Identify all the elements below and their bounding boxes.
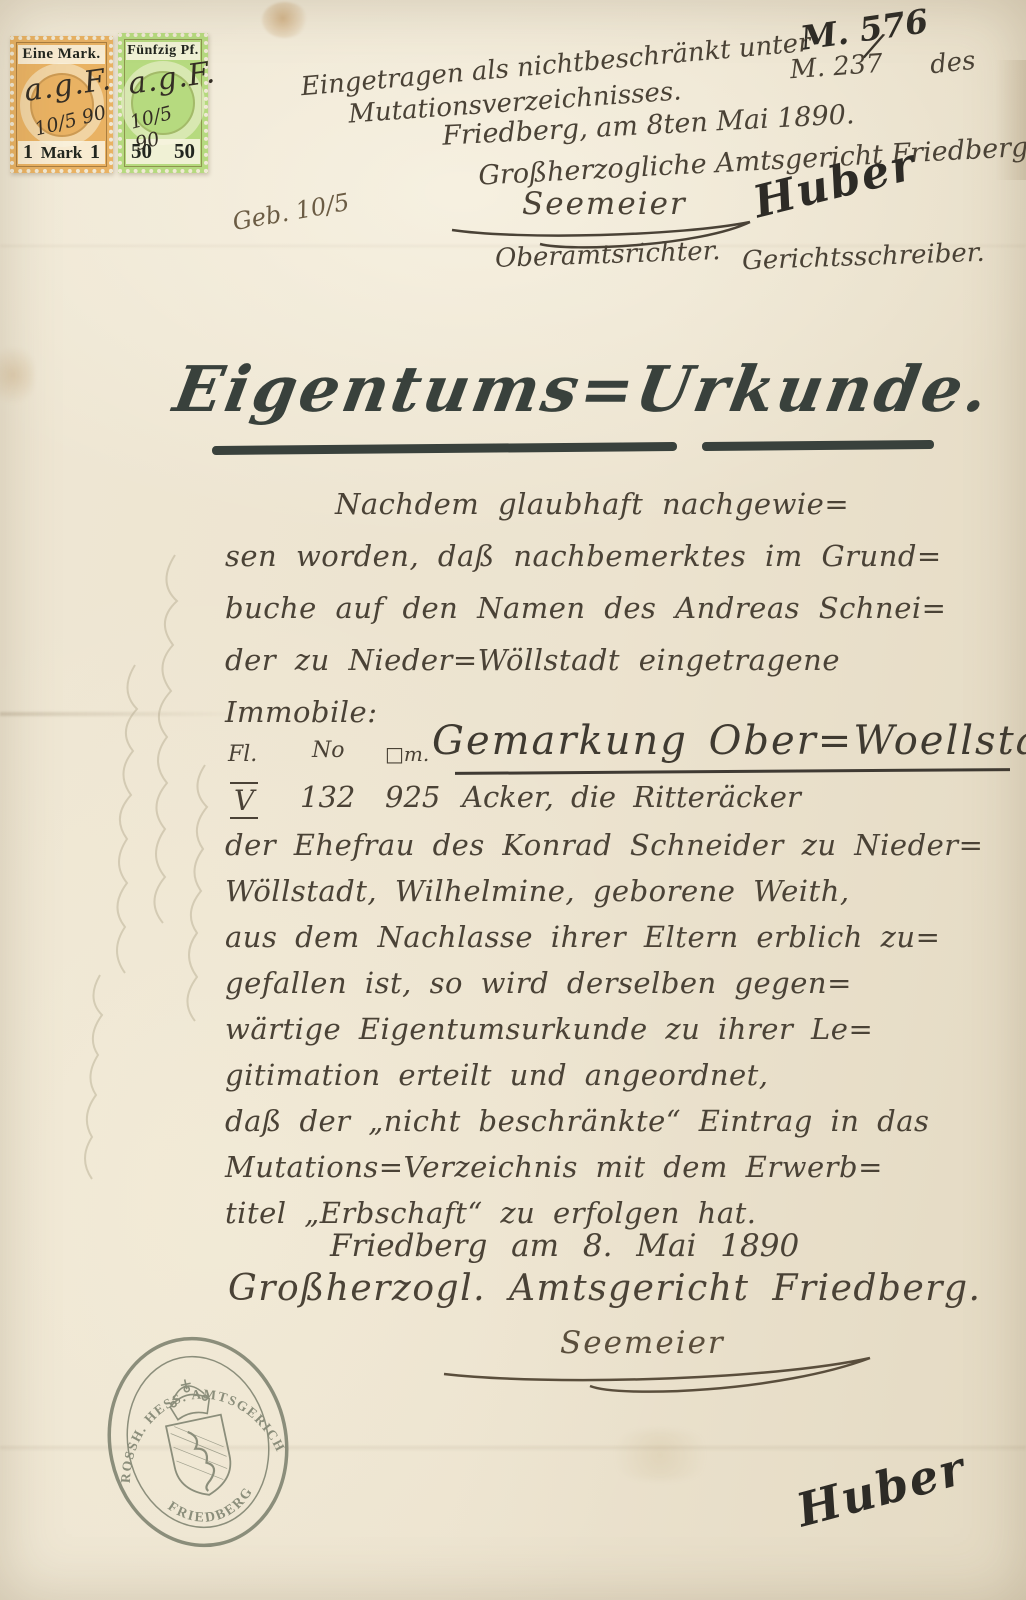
paper-stain: [600, 1430, 720, 1480]
fee-note: Geb. 10/5: [230, 188, 351, 236]
faint-pencil-marginalia: [55, 545, 235, 1265]
seal-shield: [166, 1415, 237, 1501]
table-row-flur: V: [230, 782, 258, 819]
registry-suffix: des: [929, 46, 977, 81]
stamp-value-label: Mark: [41, 143, 83, 163]
table-row-description: Acker, die Ritteräcker: [462, 780, 801, 814]
body-opening: Nachdem glaubhaft nachgewie= sen worden,…: [225, 478, 946, 738]
document-page: Eine Mark. 1 Mark 1 a.g.F. 10/5 90 Fünfz…: [0, 0, 1026, 1600]
revenue-stamp-fifty-pf: Fünfzig Pf. 50 50 a.g.F. 10/5 90: [118, 33, 208, 173]
table-row-nummer: 132: [300, 780, 355, 814]
court-seal: GROSSH. HESS. AMTSGERICHT FRIEDBERG: [79, 1312, 317, 1572]
body-text-line: buche auf den Namen des Andreas Schnei=: [225, 582, 946, 634]
title-underline: [212, 442, 677, 455]
stamp-value-left: 1: [23, 141, 33, 164]
title-underline: [702, 440, 934, 451]
closing-signature-flourish: [440, 1352, 880, 1402]
body-continuation: der Ehefrau des Konrad Schneider zu Nied…: [225, 822, 983, 1236]
paper-stain: [0, 340, 34, 410]
clerk-title: Gerichtsschreiber.: [742, 238, 986, 276]
footer-clerk-signature: Huber: [791, 1441, 972, 1538]
stamp-value-right: 1: [90, 141, 100, 164]
body-text-line: gitimation erteilt und angeordnet,: [225, 1052, 983, 1098]
body-text-line: Nachdem glaubhaft nachgewie=: [225, 478, 946, 530]
table-col-nummer: No: [312, 738, 345, 763]
body-text-line: wärtige Eigentumsurkunde zu ihrer Le=: [225, 1006, 983, 1052]
stamp-value-band: 1 Mark 1: [18, 141, 105, 164]
body-text-line: aus dem Nachlasse ihrer Eltern erblich z…: [225, 914, 983, 960]
district-heading-underline: [455, 768, 1010, 775]
body-text-line: Mutations=Verzeichnis mit dem Erwerb=: [225, 1144, 983, 1190]
body-text-line: der zu Nieder=Wöllstadt eingetragene: [225, 634, 946, 686]
page-title: Eigentums=Urkunde.: [168, 352, 941, 426]
body-text-line: der Ehefrau des Konrad Schneider zu Nied…: [225, 822, 983, 868]
table-district-heading: Gemarkung Ober=Woellstadt: [432, 718, 1026, 764]
closing-court: Großherzogl. Amtsgericht Friedberg.: [228, 1268, 981, 1309]
table-col-qm: □m.: [385, 742, 429, 766]
table-row-qm: 925: [385, 780, 440, 814]
revenue-stamp-one-mark: Eine Mark. 1 Mark 1 a.g.F. 10/5 90: [10, 36, 113, 173]
body-text-line: gefallen ist, so wird derselben gegen=: [225, 960, 983, 1006]
judge-title: Oberamtsrichter.: [495, 236, 721, 274]
stamp-denomination: Fünfzig Pf.: [126, 42, 200, 60]
body-text-line: sen worden, daß nachbemerktes im Grund=: [225, 530, 946, 582]
stamp-denomination: Eine Mark.: [18, 45, 105, 64]
closing-date-line: Friedberg am 8. Mai 1890: [330, 1228, 799, 1264]
paper-stain: [262, 2, 308, 38]
body-text-line: Wöllstadt, Wilhelmine, geborene Weith,: [225, 868, 983, 914]
body-text-line: daß der „nicht beschränkte“ Eintrag in d…: [225, 1098, 983, 1144]
table-col-flur: Fl.: [228, 742, 257, 767]
